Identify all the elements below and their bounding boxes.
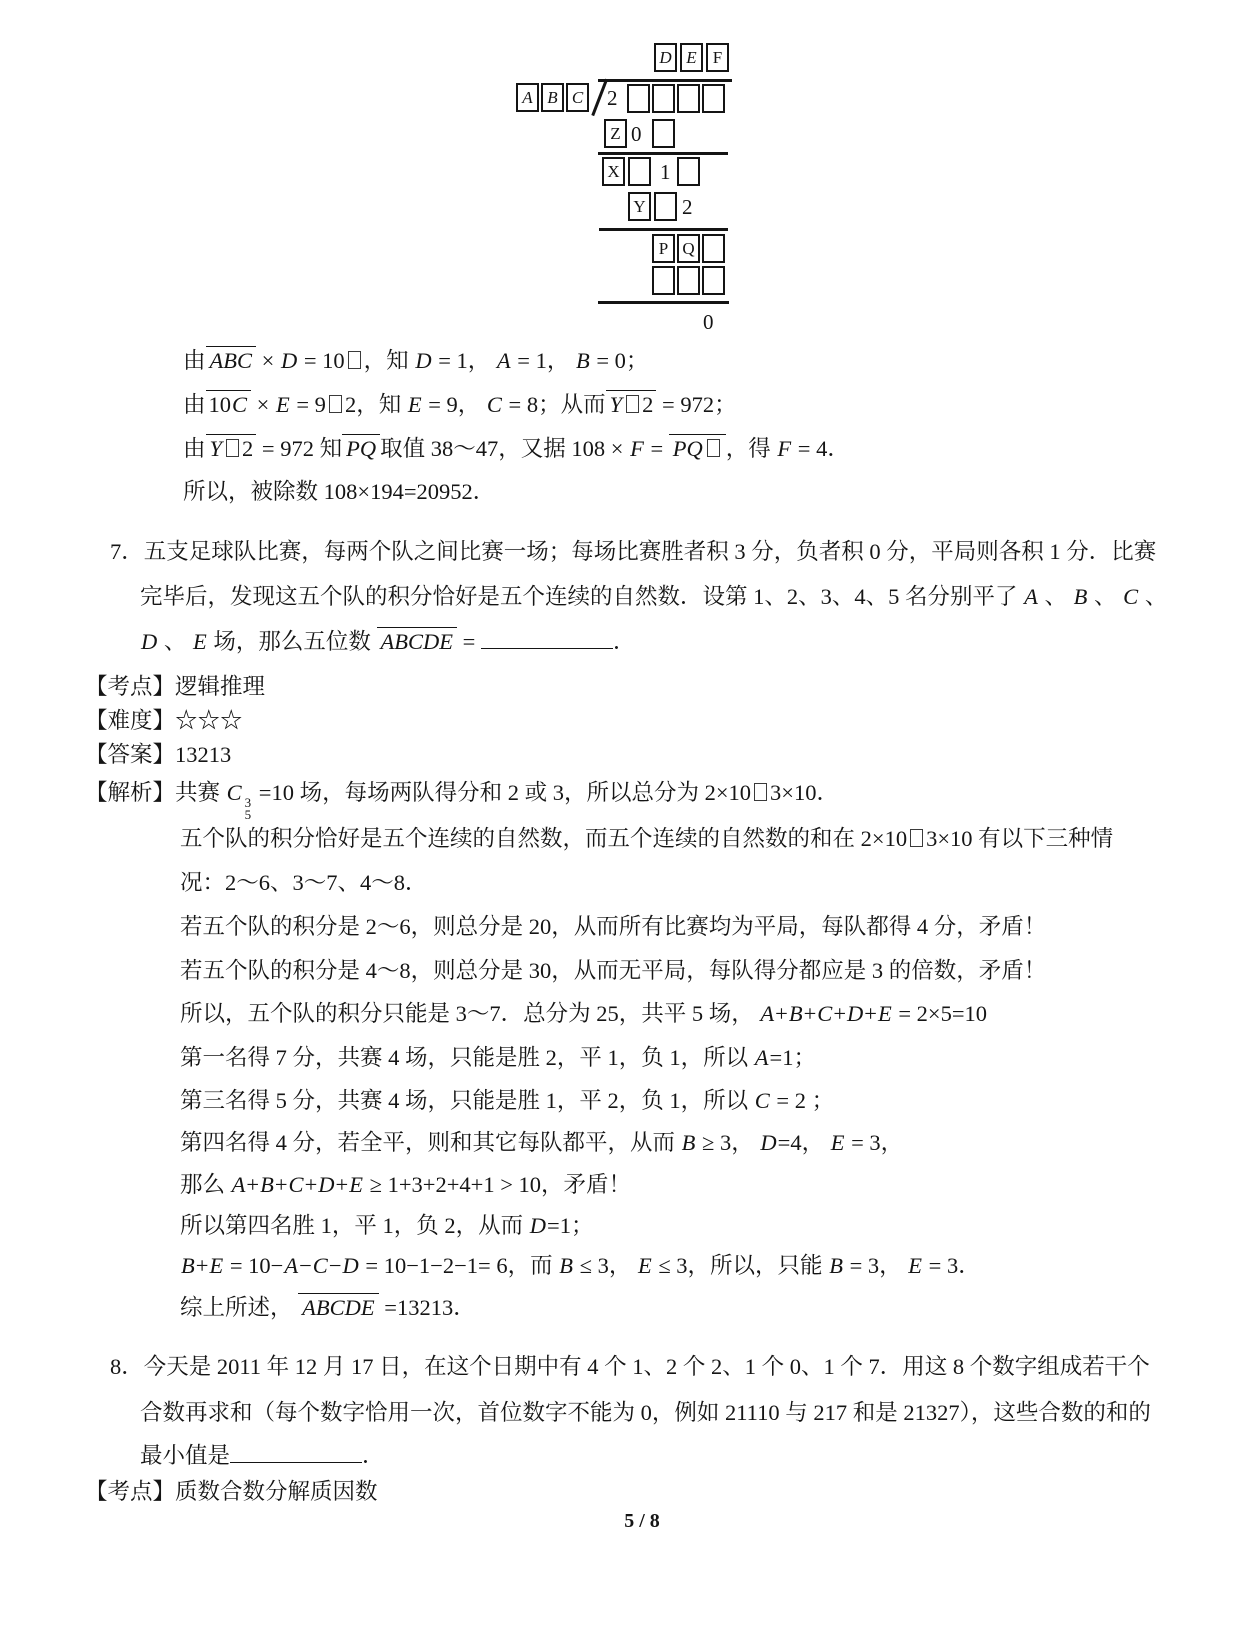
division-rule-2: [599, 228, 728, 231]
division-slash: [591, 79, 607, 116]
quotient-box-e: E: [680, 43, 703, 72]
q7-statement-line-2: 完毕后，发现这五个队的积分恰好是五个连续的自然数．设第 1、2、3、4、5 名分…: [140, 582, 1167, 612]
dividend-box: [627, 84, 650, 113]
sub5-box: [677, 266, 700, 295]
dividend-box: [677, 84, 700, 113]
divisor-box-a: A: [516, 83, 539, 112]
q7-solution-line: 况：2～6、3～7、4～8．: [180, 868, 428, 898]
division-vinculum: [598, 79, 732, 82]
q7-solution-line: 若五个队的积分是 2～6，则总分是 20，从而所有比赛均为平局，每队都得 4 分…: [180, 912, 1046, 942]
solution6-line-1: 由ABC × D = 10，知 D = 1， A = 1， B = 0；: [183, 346, 648, 376]
sub1-box: [652, 119, 675, 148]
sub1-digit: 0: [631, 122, 642, 147]
sub3-box: [654, 192, 677, 221]
dividend-box: [652, 84, 675, 113]
sub4-box: [702, 234, 725, 263]
sub3-digit: 2: [682, 195, 693, 220]
solution6-line-3: 由Y2 = 972 知PQ取值 38～47，又据 108 × F = PQ，得 …: [183, 434, 850, 464]
q7-solution-line: 所以，五个队的积分只能是 3～7．总分为 25，共平 5 场， A+B+C+D+…: [180, 999, 987, 1029]
solution6-line-4: 所以，被除数 108×194=20952．: [183, 477, 495, 507]
q7-solution-line: B+E = 10−A−C−D = 10−1−2−1= 6，而 B ≤ 3， E …: [180, 1251, 981, 1281]
sub2-digit: 1: [660, 160, 671, 185]
q8-kaodian-tag: 【考点】质数合数分解质因数: [85, 1477, 378, 1507]
sub2-box-x: X: [602, 157, 625, 186]
divisor-box-b: B: [541, 83, 564, 112]
sub2-box: [677, 157, 700, 186]
q7-solution-line: 第四名得 4 分，若全平，则和其它每队都平，从而 B ≥ 3， D=4， E =…: [180, 1128, 903, 1158]
sub4-box-q: Q: [677, 234, 700, 263]
q7-solution-line: 那么 A+B+C+D+E ≥ 1+3+2+4+1 > 10，矛盾！: [180, 1170, 631, 1200]
q7-nandu-tag: 【难度】☆☆☆: [85, 706, 243, 736]
divisor-box-c: C: [566, 83, 589, 112]
q7-statement-line-1: 7．五支足球队比赛，每两个队之间比赛一场；每场比赛胜者积 3 分，负者积 0 分…: [110, 537, 1156, 567]
q7-solution-line: 若五个队的积分是 4～8，则总分是 30，从而无平局，每队得分都应是 3 的倍数…: [180, 956, 1046, 986]
document-page: D E F A B C 2 Z 0 X 1 Y 2 P Q: [0, 0, 1242, 1641]
q8-statement-line-1: 8．今天是 2011 年 12 月 17 日，在这个日期中有 4 个 1、2 个…: [110, 1352, 1150, 1382]
sub5-box: [702, 266, 725, 295]
q8-statement-line-2: 合数再求和（每个数字恰用一次，首位数字不能为 0，例如 21110 与 217 …: [140, 1398, 1151, 1428]
division-rule-3: [598, 301, 729, 304]
q7-jiexi-line: 【解析】共赛 C35 =10 场，每场两队得分和 2 或 3，所以总分为 2×1…: [85, 778, 839, 820]
sub3-box-y: Y: [628, 192, 651, 221]
sub2-box: [628, 157, 651, 186]
quotient-box-d: D: [654, 43, 677, 72]
sub5-box: [652, 266, 675, 295]
page-number: 5 / 8: [600, 1510, 684, 1533]
long-division-diagram: D E F A B C 2 Z 0 X 1 Y 2 P Q: [490, 38, 742, 338]
q7-solution-line: 所以第四名胜 1，平 1，负 2，从而 D=1；: [180, 1211, 593, 1241]
sub1-box-z: Z: [604, 119, 627, 148]
dividend-box: [702, 84, 725, 113]
q7-solution-line: 五个队的积分恰好是五个连续的自然数，而五个连续的自然数的和在 2×103×10 …: [180, 824, 1113, 854]
quotient-box-f: F: [706, 43, 729, 72]
q7-solution-line: 第三名得 5 分，共赛 4 场，只能是胜 1，平 2，负 1，所以 C = 2 …: [180, 1086, 834, 1116]
q7-solution-line: 第一名得 7 分，共赛 4 场，只能是胜 2，平 1，负 1，所以 A=1；: [180, 1043, 816, 1073]
q7-kaodian-tag: 【考点】逻辑推理: [85, 672, 265, 702]
sub4-box-p: P: [652, 234, 675, 263]
dividend-lead-digit: 2: [607, 86, 618, 111]
solution6-line-2: 由10C × E = 92，知 E = 9， C = 8；从而Y2 = 972；: [183, 390, 737, 420]
remainder-digit: 0: [703, 310, 714, 335]
q7-solution-line: 综上所述， ABCDE =13213．: [180, 1293, 476, 1323]
q8-statement-line-3: 最小值是．: [140, 1440, 385, 1471]
division-rule-1: [598, 152, 728, 155]
q7-daan-tag: 【答案】13213: [85, 740, 231, 770]
q7-statement-line-3: D 、 E 场，那么五位数 ABCDE = ．: [140, 626, 636, 657]
